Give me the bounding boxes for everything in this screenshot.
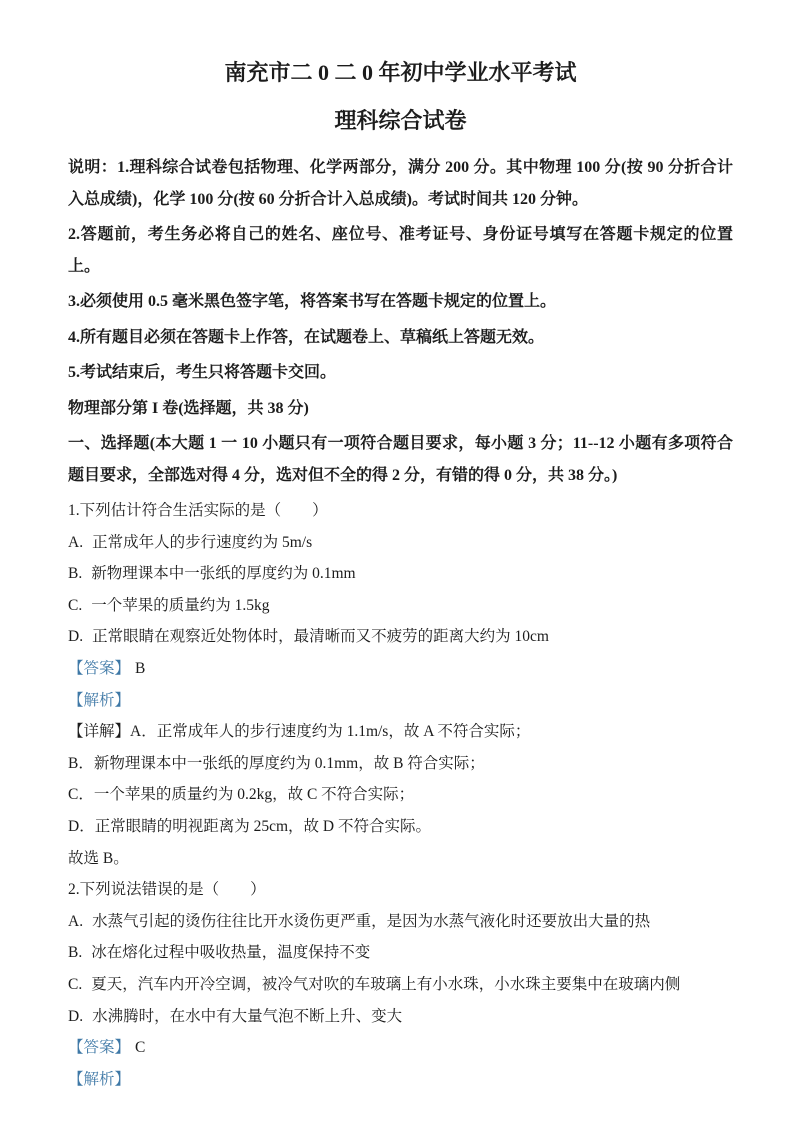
answer-value: B (135, 660, 145, 677)
part-header: 物理部分第 I 卷(选择题，共 38 分) (68, 393, 733, 425)
question-2-option-b: B.冰在熔化过程中吸收热量，温度保持不变 (68, 937, 733, 969)
question-1-stem: 1.下列估计符合生活实际的是（ ） (68, 495, 733, 527)
question-2-answer-line: 【答案】C (68, 1032, 733, 1064)
option-text: 新物理课本中一张纸的厚度约为 0.1mm (91, 565, 355, 582)
analysis-label: 【解析】 (68, 692, 130, 709)
question-2: 2.下列说法错误的是（ ） A.水蒸气引起的烫伤往往比开水烫伤更严重，是因为水蒸… (68, 874, 733, 1095)
option-text: 冰在熔化过程中吸收热量，温度保持不变 (91, 944, 370, 961)
option-label: D. (68, 1001, 83, 1033)
question-1-option-b: B.新物理课本中一张纸的厚度约为 0.1mm (68, 558, 733, 590)
option-label: C. (68, 969, 82, 1001)
option-label: D. (68, 621, 83, 653)
exam-notes: 说明：1.理科综合试卷包括物理、化学两部分，满分 200 分。其中物理 100 … (68, 152, 733, 389)
question-2-option-a: A.水蒸气引起的烫伤往往比开水烫伤更严重，是因为水蒸气液化时还要放出大量的热 (68, 906, 733, 938)
question-1-option-d: D.正常眼睛在观察近处物体时，最清晰而又不疲劳的距离大约为 10cm (68, 621, 733, 653)
exam-document-page: 南充市二 0 二 0 年初中学业水平考试 理科综合试卷 说明：1.理科综合试卷包… (0, 0, 793, 1122)
question-1-analysis-line: 【解析】 (68, 685, 733, 717)
option-label: C. (68, 590, 82, 622)
question-1-explanation-line-1: 【详解】A．正常成年人的步行速度约为 1.1m/s，故 A 不符合实际； (68, 716, 733, 748)
option-text: 水蒸气引起的烫伤往往比开水烫伤更严重，是因为水蒸气液化时还要放出大量的热 (92, 913, 650, 930)
question-1-option-a: A.正常成年人的步行速度约为 5m/s (68, 527, 733, 559)
exam-note-3: 3.必须使用 0.5 毫米黑色签字笔，将答案书写在答题卡规定的位置上。 (68, 286, 733, 318)
option-label: A. (68, 906, 83, 938)
question-2-analysis-line: 【解析】 (68, 1064, 733, 1096)
section-header: 一、选择题(本大题 1 一 10 小题只有一项符合题目要求，每小题 3 分；11… (68, 428, 733, 491)
option-text: 正常成年人的步行速度约为 5m/s (92, 534, 312, 551)
exam-note-4: 4.所有题目必须在答题卡上作答，在试题卷上、草稿纸上答题无效。 (68, 322, 733, 354)
question-2-option-c: C.夏天，汽车内开冷空调，被冷气对吹的车玻璃上有小水珠，小水珠主要集中在玻璃内侧 (68, 969, 733, 1001)
option-text: 一个苹果的质量约为 1.5kg (91, 597, 269, 614)
question-1-explanation-line-5: 故选 B。 (68, 843, 733, 875)
answer-value: C (135, 1039, 145, 1056)
exam-note-5: 5.考试结束后，考生只将答题卡交回。 (68, 357, 733, 389)
question-2-stem: 2.下列说法错误的是（ ） (68, 874, 733, 906)
page-title: 南充市二 0 二 0 年初中学业水平考试 (68, 58, 733, 88)
question-1-answer-line: 【答案】B (68, 653, 733, 685)
option-text: 水沸腾时，在水中有大量气泡不断上升、变大 (92, 1008, 402, 1025)
question-1: 1.下列估计符合生活实际的是（ ） A.正常成年人的步行速度约为 5m/s B.… (68, 495, 733, 874)
exam-note-2: 2.答题前，考生务必将自己的姓名、座位号、准考证号、身份证号填写在答题卡规定的位… (68, 219, 733, 282)
question-1-explanation-line-3: C．一个苹果的质量约为 0.2kg，故 C 不符合实际； (68, 779, 733, 811)
option-label: A. (68, 527, 83, 559)
question-1-option-c: C.一个苹果的质量约为 1.5kg (68, 590, 733, 622)
exam-note-1: 说明：1.理科综合试卷包括物理、化学两部分，满分 200 分。其中物理 100 … (68, 152, 733, 215)
analysis-label: 【解析】 (68, 1071, 130, 1088)
question-1-explanation-line-4: D．正常眼睛的明视距离为 25cm，故 D 不符合实际。 (68, 811, 733, 843)
question-1-explanation-line-2: B．新物理课本中一张纸的厚度约为 0.1mm，故 B 符合实际； (68, 748, 733, 780)
option-text: 夏天，汽车内开冷空调，被冷气对吹的车玻璃上有小水珠，小水珠主要集中在玻璃内侧 (91, 976, 680, 993)
answer-label: 【答案】 (68, 660, 130, 677)
option-text: 正常眼睛在观察近处物体时，最清晰而又不疲劳的距离大约为 10cm (92, 628, 549, 645)
question-2-option-d: D.水沸腾时，在水中有大量气泡不断上升、变大 (68, 1001, 733, 1033)
page-subtitle: 理科综合试卷 (68, 106, 733, 136)
option-label: B. (68, 937, 82, 969)
answer-label: 【答案】 (68, 1039, 130, 1056)
option-label: B. (68, 558, 82, 590)
